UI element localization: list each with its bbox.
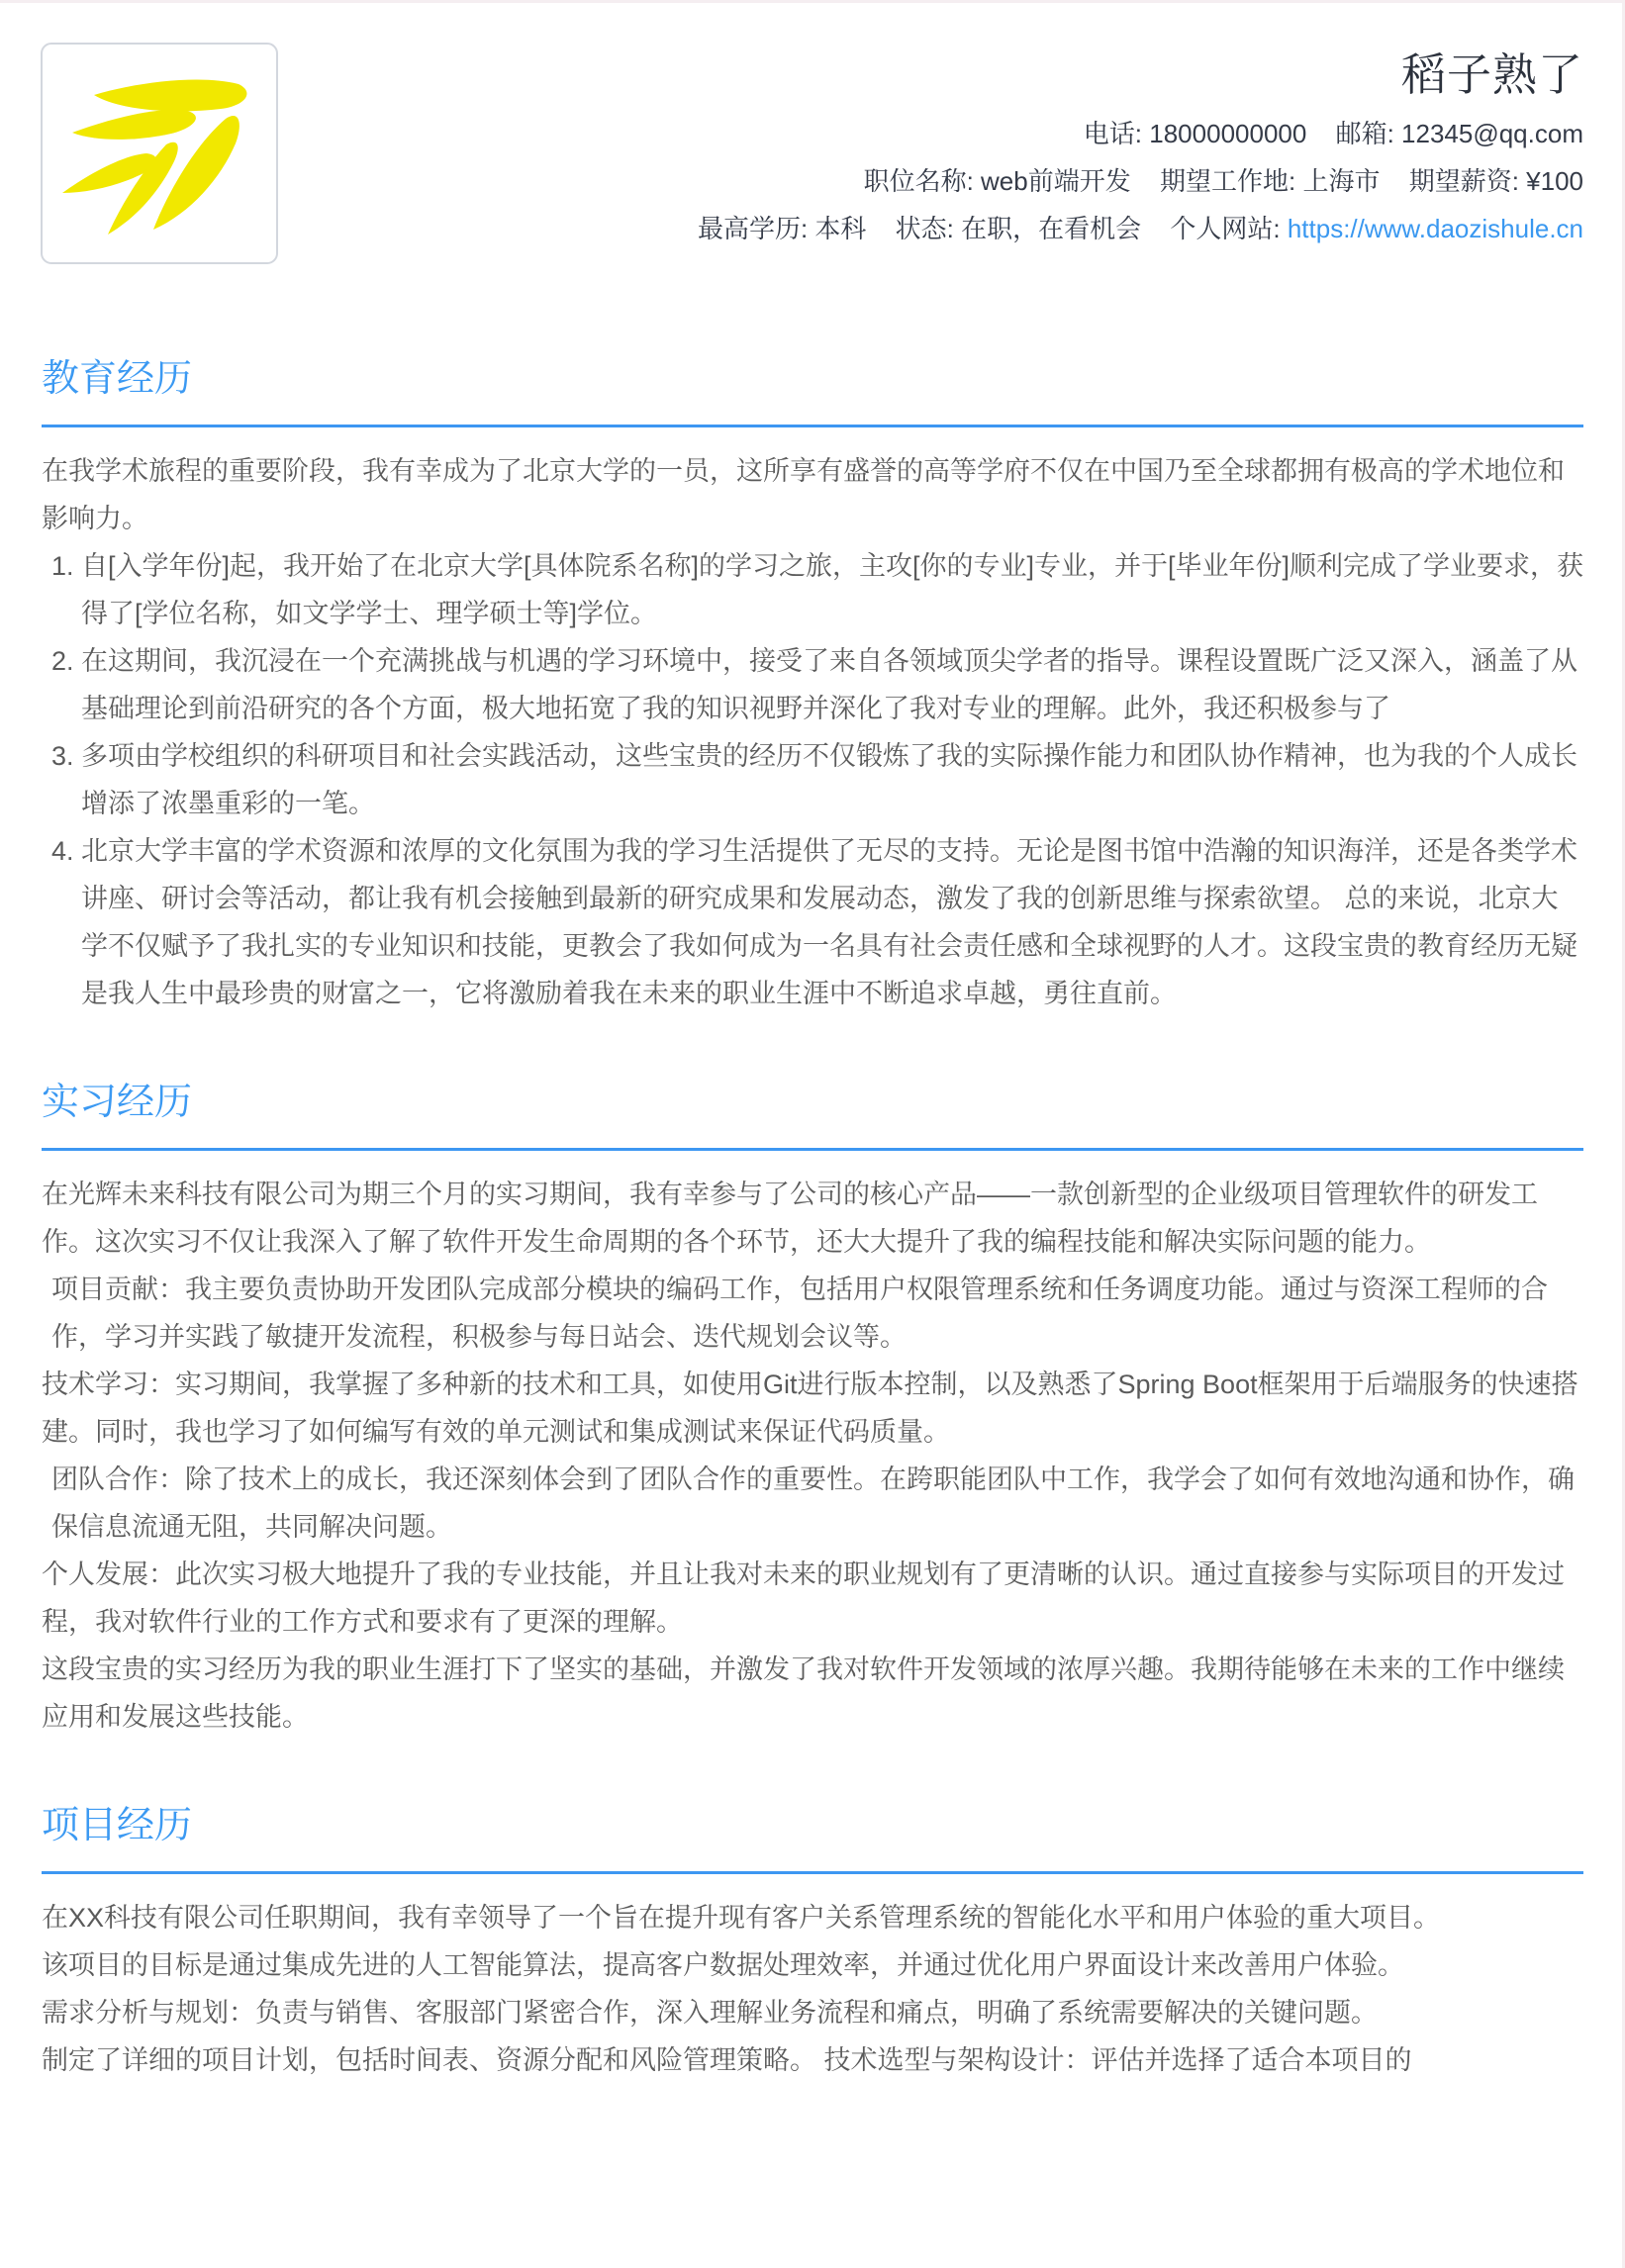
section-title: 教育经历 [42,351,1583,407]
education-value: 本科 [814,214,866,243]
list-item: 自[入学年份]起，我开始了在北京大学[具体院系名称]的学习之旅，主攻[你的专业]… [81,542,1583,637]
paragraph: 这段宝贵的实习经历为我的职业生涯打下了坚实的基础，并激发了我对软件开发领域的浓厚… [42,1646,1583,1741]
position-label: 职位名称: [864,166,974,196]
rice-stalk-logo-icon [43,45,276,262]
paragraph: 项目贡献：我主要负责协助开发团队完成部分模块的编码工作，包括用户权限管理系统和任… [42,1266,1583,1361]
website-label: 个人网站: [1170,214,1280,243]
projects-body: 在XX科技有限公司任职期间，我有幸领导了一个旨在提升现有客户关系管理系统的智能化… [42,1894,1583,2084]
status-line: 最高学历: 本科 状态: 在职，在看机会 个人网站: https://www.d… [698,205,1583,252]
profile-info: 稻子熟了 电话: 18000000000 邮箱: 12345@qq.com 职位… [698,41,1583,252]
paragraph: 在光辉未来科技有限公司为期三个月的实习期间，我有幸参与了公司的核心产品——一款创… [42,1171,1583,1266]
contact-line: 电话: 18000000000 邮箱: 12345@qq.com [698,110,1583,157]
education-label: 最高学历: [698,214,808,243]
salary-label: 期望薪资: [1409,166,1519,196]
location-value: 上海市 [1302,166,1380,196]
paragraph: 制定了详细的项目计划，包括时间表、资源分配和风险管理策略。 技术选型与架构设计：… [42,2036,1583,2084]
list-item: 北京大学丰富的学术资源和浓厚的文化氛围为我的学习生活提供了无尽的支持。无论是图书… [81,827,1583,1017]
section-divider [42,1148,1583,1151]
paragraph: 技术学习：实习期间，我掌握了多种新的技术和工具，如使用Git进行版本控制，以及熟… [42,1361,1583,1456]
internship-section: 实习经历 在光辉未来科技有限公司为期三个月的实习期间，我有幸参与了公司的核心产品… [0,1075,1625,1741]
education-section: 教育经历 在我学术旅程的重要阶段，我有幸成为了北京大学的一员，这所享有盛誉的高等… [0,351,1625,1017]
phone-label: 电话: [1084,119,1142,148]
list-item: 多项由学校组织的科研项目和社会实践活动，这些宝贵的经历不仅锻炼了我的实际操作能力… [81,732,1583,827]
website-link[interactable]: https://www.daozishule.cn [1288,214,1583,243]
phone-value: 18000000000 [1149,119,1306,148]
salary-value: ¥100 [1526,166,1583,196]
education-list: 自[入学年份]起，我开始了在北京大学[具体院系名称]的学习之旅，主攻[你的专业]… [42,542,1583,1017]
email-label: 邮箱: [1336,119,1394,148]
paragraph: 个人发展：此次实习极大地提升了我的专业技能，并且让我对未来的职业规划有了更清晰的… [42,1551,1583,1646]
education-intro: 在我学术旅程的重要阶段，我有幸成为了北京大学的一员，这所享有盛誉的高等学府不仅在… [42,447,1583,542]
list-item: 在这期间，我沉浸在一个充满挑战与机遇的学习环境中，接受了来自各领域顶尖学者的指导… [81,637,1583,732]
education-body: 在我学术旅程的重要阶段，我有幸成为了北京大学的一员，这所享有盛誉的高等学府不仅在… [42,447,1583,1017]
status-label: 状态: [896,214,954,243]
section-divider [42,425,1583,427]
projects-section: 项目经历 在XX科技有限公司任职期间，我有幸领导了一个旨在提升现有客户关系管理系… [0,1798,1625,2084]
paragraph: 该项目的目标是通过集成先进的人工智能算法，提高客户数据处理效率，并通过优化用户界… [42,1941,1583,1989]
location-label: 期望工作地: [1160,166,1295,196]
candidate-name: 稻子熟了 [698,41,1583,110]
section-title: 项目经历 [42,1798,1583,1853]
internship-body: 在光辉未来科技有限公司为期三个月的实习期间，我有幸参与了公司的核心产品——一款创… [42,1171,1583,1741]
section-title: 实习经历 [42,1075,1583,1130]
status-value: 在职，在看机会 [961,214,1141,243]
paragraph: 需求分析与规划：负责与销售、客服部门紧密合作，深入理解业务流程和痛点，明确了系统… [42,1989,1583,2036]
paragraph: 团队合作：除了技术上的成长，我还深刻体会到了团队合作的重要性。在跨职能团队中工作… [42,1456,1583,1551]
paragraph: 在XX科技有限公司任职期间，我有幸领导了一个旨在提升现有客户关系管理系统的智能化… [42,1894,1583,1941]
section-divider [42,1871,1583,1874]
position-value: web前端开发 [981,166,1131,196]
logo [41,43,278,264]
job-line: 职位名称: web前端开发 期望工作地: 上海市 期望薪资: ¥100 [698,157,1583,205]
email-value: 12345@qq.com [1401,119,1583,148]
resume-header: 稻子熟了 电话: 18000000000 邮箱: 12345@qq.com 职位… [0,3,1625,300]
